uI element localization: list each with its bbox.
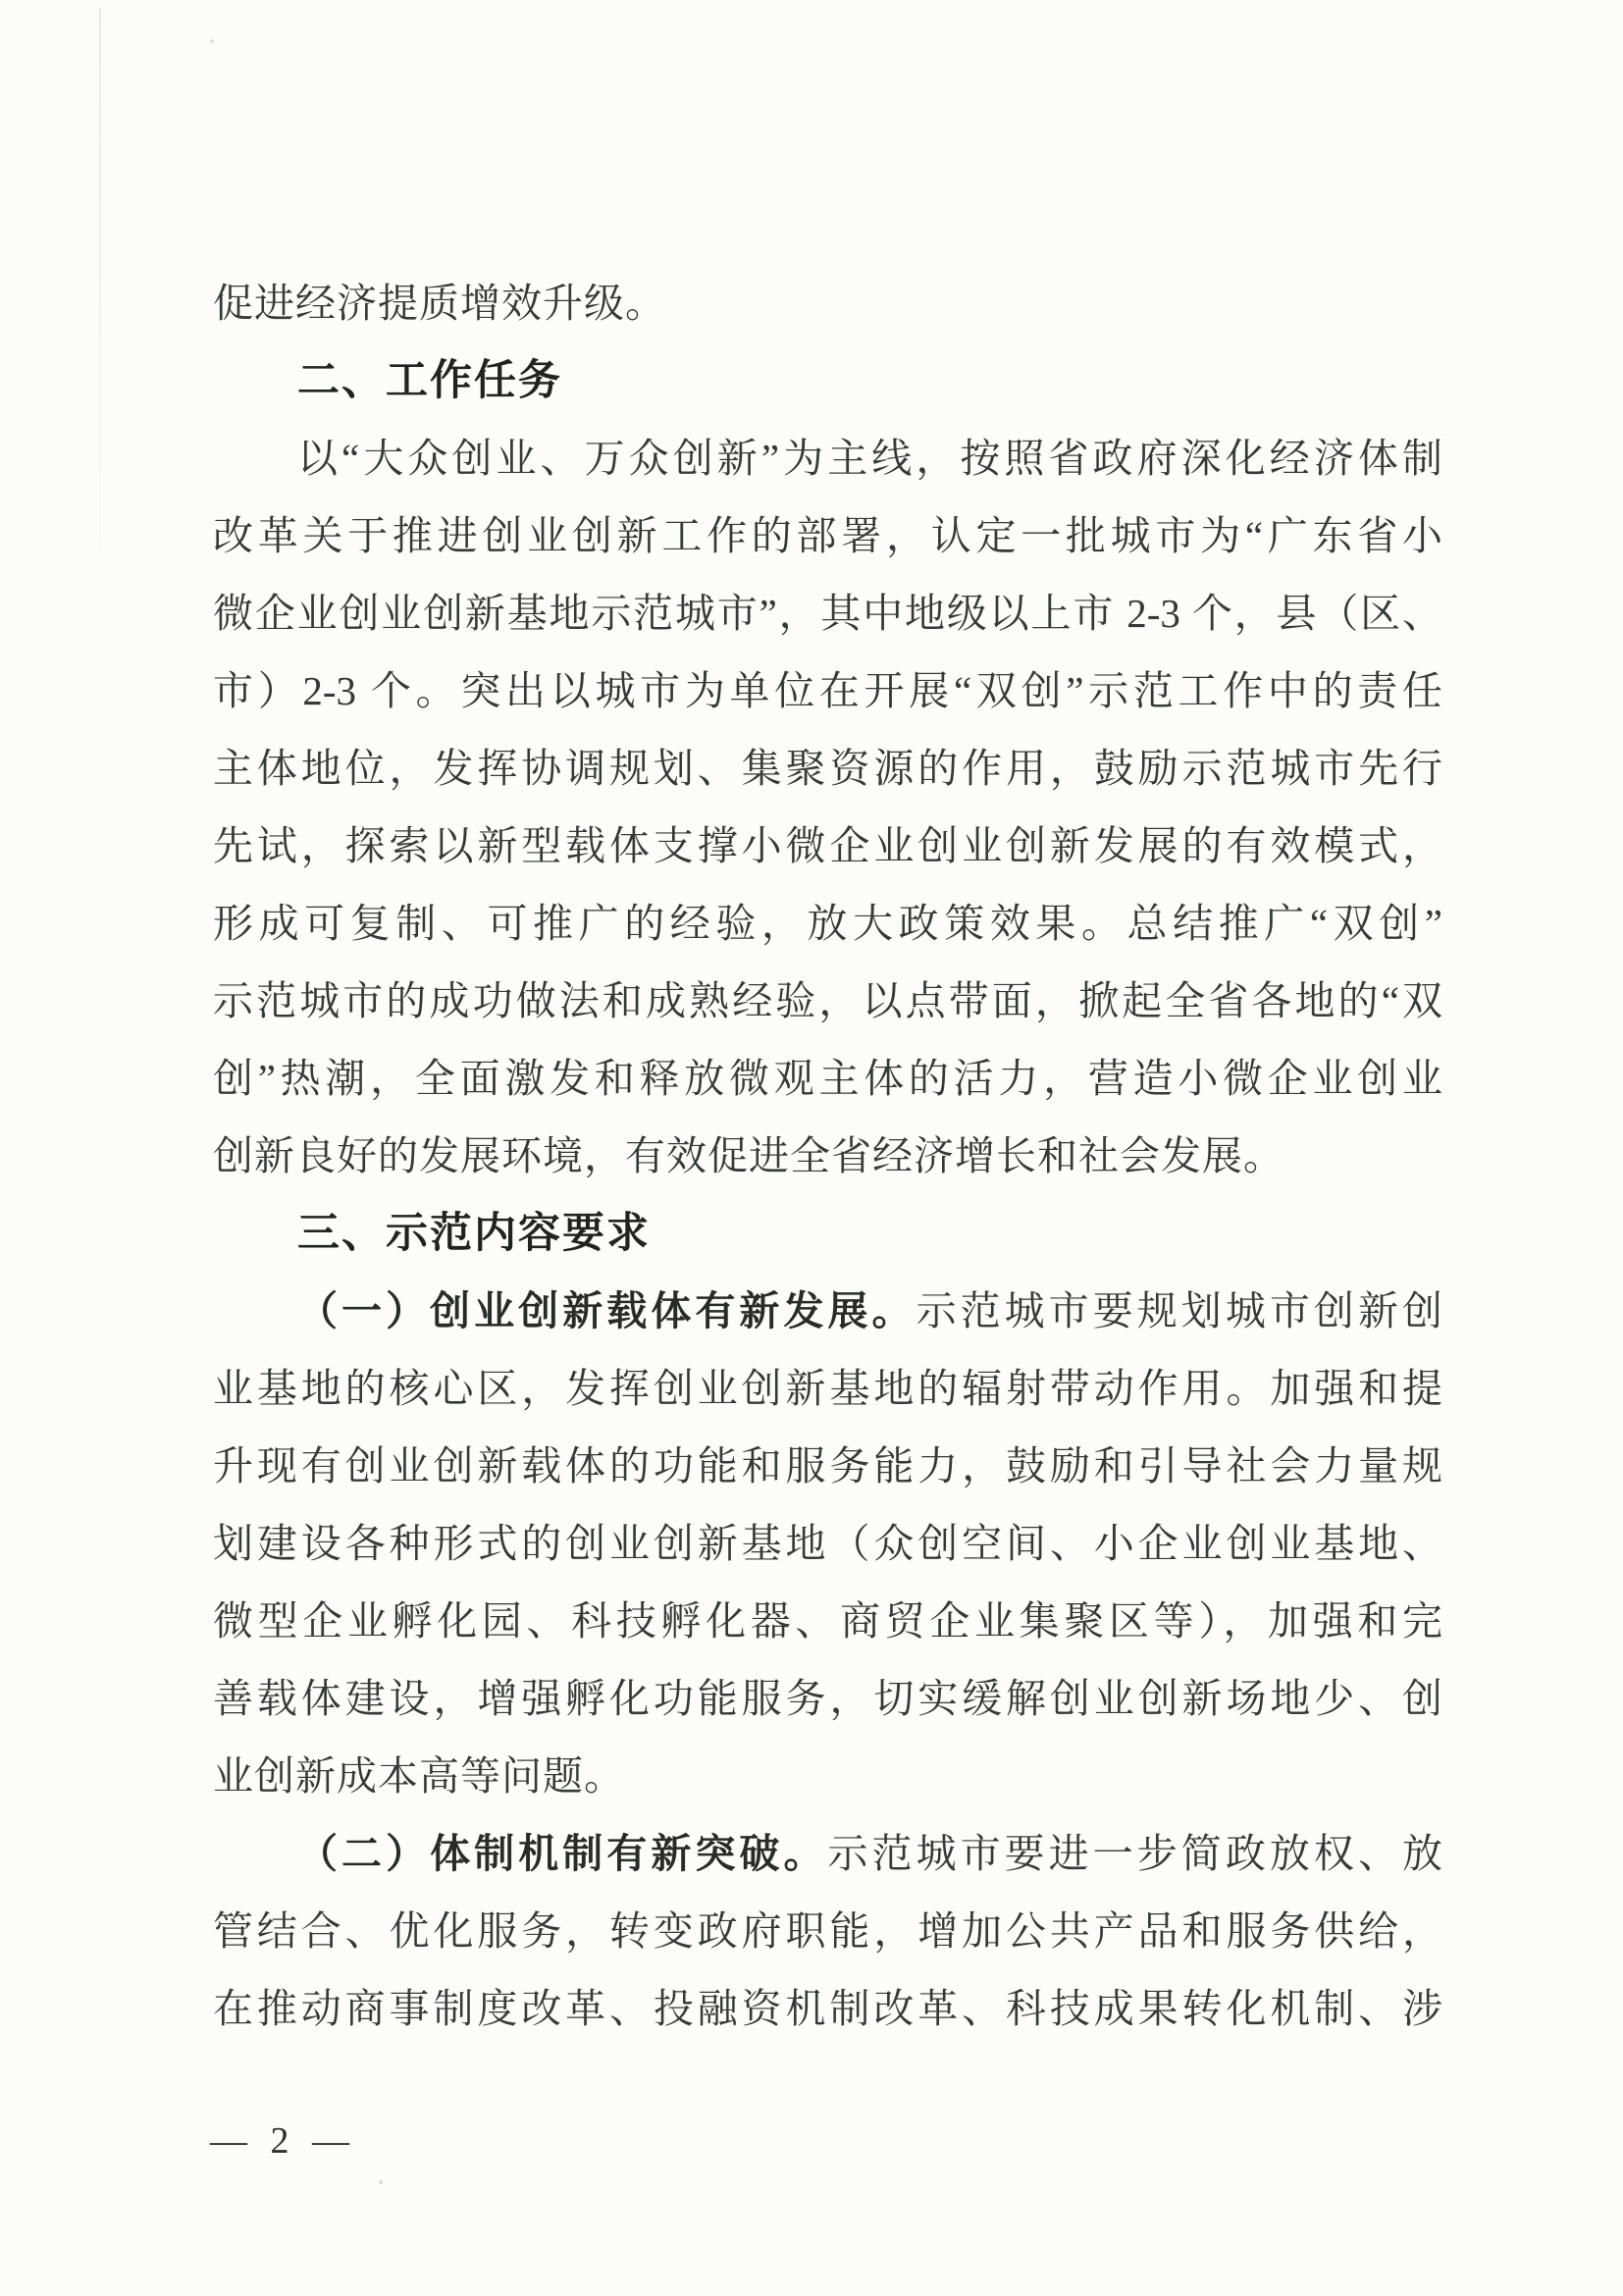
body-line: 主体地位，发挥协调规划、集聚资源的作用，鼓励示范城市先行	[213, 730, 1442, 808]
text-segment: 业创新成本高等问题。	[213, 1753, 625, 1799]
text-segment: 善载体建设，增强孵化功能服务，切实缓解创业创新场地少、创	[213, 1676, 1442, 1721]
body-line: 先试，探索以新型载体支撑小微企业创业创新发展的有效模式，	[213, 808, 1442, 885]
body-line: 业基地的核心区，发挥创业创新基地的辐射带动作用。加强和提	[213, 1350, 1442, 1428]
body-line: 改革关于推进创业创新工作的部署，认定一批城市为“广东省小	[213, 497, 1442, 575]
text-segment: 创新良好的发展环境，有效促进全省经济增长和社会发展。	[213, 1133, 1284, 1178]
body-line: 示范城市的成功做法和成熟经验，以点带面，掀起全省各地的“双	[213, 963, 1442, 1040]
body-line: （一）创业创新载体有新发展。示范城市要规划城市创新创	[213, 1273, 1442, 1350]
text-segment: 示范城市要进一步简政放权、放	[827, 1831, 1442, 1876]
text-segment: 主体地位，发挥协调规划、集聚资源的作用，鼓励示范城市先行	[213, 746, 1442, 791]
text-segment: 先试，探索以新型载体支撑小微企业创业创新发展的有效模式，	[213, 823, 1442, 868]
text-segment: 升现有创业创新载体的功能和服务能力，鼓励和引导社会力量规	[213, 1443, 1442, 1488]
document-body: 促进经济提质增效升级。二、工作任务以“大众创业、万众创新”为主线，按照省政府深化…	[213, 265, 1442, 2048]
text-segment: 市）2-3 个。突出以城市为单位在开展“双创”示范工作中的责任	[213, 668, 1442, 713]
text-segment: 二、工作任务	[297, 357, 562, 404]
section-heading-3: 三、示范内容要求	[213, 1195, 1442, 1273]
section-heading-2: 二、工作任务	[213, 342, 1442, 420]
lead-in-bold-text: （一）创业创新载体有新发展。	[297, 1288, 916, 1333]
text-segment: 微企业创业创新基地示范城市”，其中地级以上市 2-3 个，县（区、	[213, 591, 1442, 636]
body-line: 在推动商事制度改革、投融资机制改革、科技成果转化机制、涉	[213, 1970, 1442, 2048]
text-segment: 促进经济提质增效升级。	[213, 281, 666, 326]
text-segment: 改革关于推进创业创新工作的部署，认定一批城市为“广东省小	[213, 513, 1442, 558]
scan-edge-artifact	[99, 8, 101, 636]
lead-in-bold-text: （二）体制机制有新突破。	[297, 1831, 827, 1876]
page-number: — 2 —	[210, 2112, 356, 2170]
text-segment: 管结合、优化服务，转变政府职能，增加公共产品和服务供给，	[213, 1908, 1442, 1954]
text-segment: 微型企业孵化园、科技孵化器、商贸企业集聚区等），加强和完	[213, 1598, 1442, 1644]
scan-speck	[379, 2180, 383, 2184]
body-line: 创”热潮，全面激发和释放微观主体的活力，营造小微企业创业	[213, 1040, 1442, 1118]
body-line: 善载体建设，增强孵化功能服务，切实缓解创业创新场地少、创	[213, 1660, 1442, 1738]
body-line: 创新良好的发展环境，有效促进全省经济增长和社会发展。	[213, 1118, 1442, 1195]
scan-speck	[210, 39, 214, 43]
text-segment: 三、示范内容要求	[297, 1210, 651, 1257]
text-segment: 业基地的核心区，发挥创业创新基地的辐射带动作用。加强和提	[213, 1366, 1442, 1411]
text-segment: 在推动商事制度改革、投融资机制改革、科技成果转化机制、涉	[213, 1986, 1442, 2031]
text-segment: 划建设各种形式的创业创新基地（众创空间、小企业创业基地、	[213, 1521, 1442, 1566]
body-line: 微企业创业创新基地示范城市”，其中地级以上市 2-3 个，县（区、	[213, 575, 1442, 652]
body-line: 管结合、优化服务，转变政府职能，增加公共产品和服务供给，	[213, 1893, 1442, 1970]
text-segment: 示范城市的成功做法和成熟经验，以点带面，掀起全省各地的“双	[213, 978, 1442, 1023]
text-segment: 示范城市要规划城市创新创	[916, 1288, 1442, 1333]
scanned-document-page: 促进经济提质增效升级。二、工作任务以“大众创业、万众创新”为主线，按照省政府深化…	[0, 0, 1623, 2296]
body-line: 市）2-3 个。突出以城市为单位在开展“双创”示范工作中的责任	[213, 652, 1442, 730]
body-line: 以“大众创业、万众创新”为主线，按照省政府深化经济体制	[213, 420, 1442, 497]
text-segment: 创”热潮，全面激发和释放微观主体的活力，营造小微企业创业	[213, 1056, 1442, 1101]
body-line: （二）体制机制有新突破。示范城市要进一步简政放权、放	[213, 1815, 1442, 1893]
body-line: 微型企业孵化园、科技孵化器、商贸企业集聚区等），加强和完	[213, 1583, 1442, 1660]
body-line: 划建设各种形式的创业创新基地（众创空间、小企业创业基地、	[213, 1505, 1442, 1583]
body-line: 促进经济提质增效升级。	[213, 265, 1442, 342]
body-line: 业创新成本高等问题。	[213, 1738, 1442, 1815]
text-segment: 以“大众创业、万众创新”为主线，按照省政府深化经济体制	[297, 436, 1442, 481]
body-line: 升现有创业创新载体的功能和服务能力，鼓励和引导社会力量规	[213, 1428, 1442, 1505]
body-line: 形成可复制、可推广的经验，放大政策效果。总结推广“双创”	[213, 885, 1442, 963]
text-segment: 形成可复制、可推广的经验，放大政策效果。总结推广“双创”	[213, 901, 1442, 946]
